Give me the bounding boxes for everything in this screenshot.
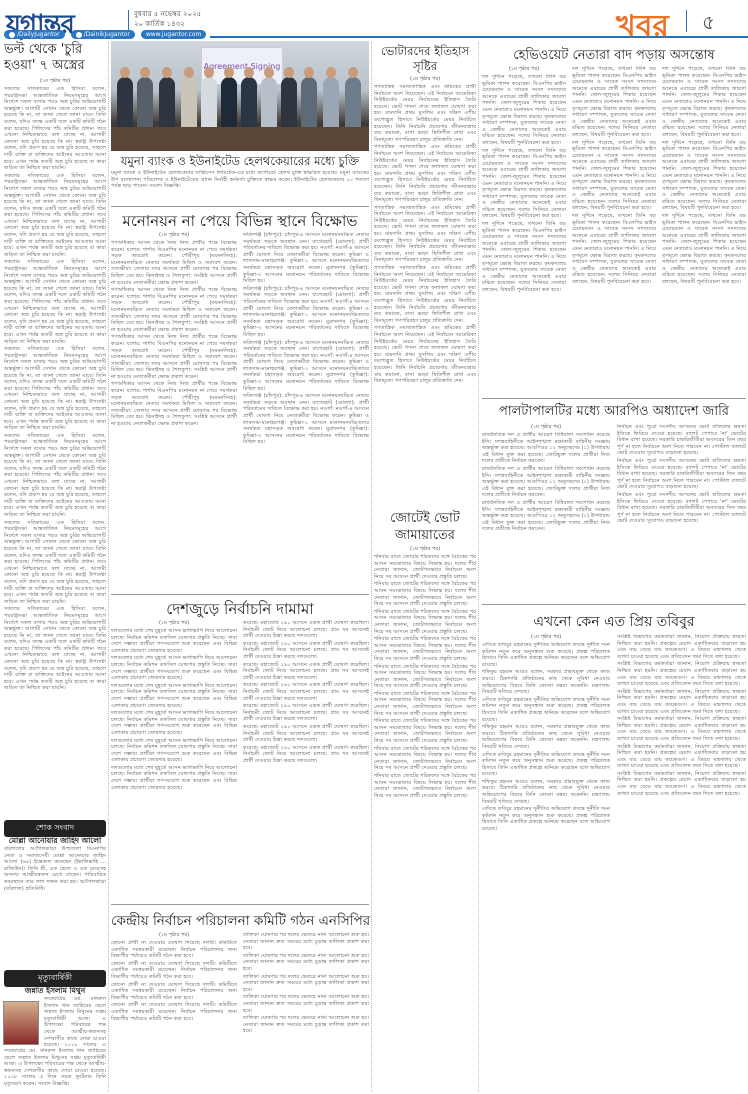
tabibur-body-right: সংশ্লিষ্ট বিভাগের কর্মকর্তারা জানান, নিয… xyxy=(617,634,746,1092)
ncp-body-left: কোনো প্রার্থী না দেওয়ার ঘোষণা দিয়েছে দ… xyxy=(111,940,237,1090)
section-divider xyxy=(686,10,687,32)
ncp-continued: (১ম পৃষ্ঠার পর) xyxy=(111,932,237,940)
ncp-body-right: তালিকা ঘোষণার পর দলের ভেতরে নানা আলোচনা … xyxy=(243,932,369,1090)
campaign-continued: (১ম পৃষ্ঠার পর) xyxy=(111,620,237,628)
campaign-body-left: দলগুলোর মধ্যে শেষ মুহূর্তে আসন ভাগাভাগি … xyxy=(111,628,237,898)
jote-body: শনিবার রাতে জোটের শরিকদের সঙ্গে বৈঠকের প… xyxy=(374,554,476,1090)
tabibur-headline: এখনো কেন এত প্রিয় তবিবুর xyxy=(482,610,746,634)
column-divider xyxy=(478,42,479,1092)
protest-body-right: ফরিদগঞ্জ (চাঁদপুর): চাঁদপুর-৪ আসনে মনোনয… xyxy=(243,232,369,590)
rule xyxy=(111,594,369,595)
conference-table xyxy=(111,127,369,151)
column-divider xyxy=(371,42,372,1092)
rule xyxy=(111,206,369,207)
portrait-photo xyxy=(3,1001,39,1045)
jote-headline: জোটেই ভোট জামায়াতের xyxy=(374,510,476,544)
twitter-icon xyxy=(9,32,15,38)
vault-continued: (১ম পৃষ্ঠার পর) xyxy=(4,78,106,86)
voters-headline: ভোটারদের ইতিহাস সৃষ্টির xyxy=(374,44,476,74)
heavyweight-headline: হেভিওয়েট নেতারা বাদ পড়ায় অসন্তোষ xyxy=(482,46,746,67)
vault-body: সকলের সতিকারের এক হিসিয়া বলেন, পররাষ্ট্… xyxy=(4,86,106,806)
social-links: /DailyJugantor /DainikJugantor www.jugan… xyxy=(4,30,206,39)
rpo-continued: (১ম পৃষ্ঠার পর) xyxy=(482,424,610,432)
tabibur-body-left: এদিকে তবিবুর রহমানের দুর্নীতির অভিযোগ তদ… xyxy=(482,642,610,1092)
facebook-icon xyxy=(76,32,82,38)
rpo-body-right: নির্বাচন এবং পুরো সংসদীয় আসনের ভোট বাতি… xyxy=(617,424,746,600)
column-divider xyxy=(108,42,109,1092)
rpo-body-left: রাজনৈতিক দল ও প্রার্থীর আচরণ বিধিমালা সং… xyxy=(482,432,610,600)
page-number: ৫ xyxy=(702,8,715,41)
voters-body: গণতান্ত্রিক সমাজতান্ত্রিক এবং শ্রমিকের প… xyxy=(374,84,476,504)
vault-headline: ভল্ট থেকে 'চুরি হওয়া' ৭ অস্ত্রের xyxy=(4,42,106,74)
anniversary-header: মৃত্যুবার্ষিকী xyxy=(4,970,106,987)
voters-continued: (১ম পৃষ্ঠার পর) xyxy=(374,76,476,84)
rpo-headline: পালটাপালটির মধ্যে আরপিও অধ্যাদেশ জারি xyxy=(482,402,746,423)
rule xyxy=(482,398,746,399)
date-bengali: ২০ কার্তিক ১৪৩২ xyxy=(134,19,201,29)
jamuna-body: যমুনা ব্যাংক ও ইউনাইটেড হেলথকেয়ার সার্ভ… xyxy=(111,170,369,204)
ncp-headline: কেন্দ্রীয় নির্বাচন পরিচালনা কমিটি গঠন এ… xyxy=(111,910,369,933)
anniversary-body-bottom: সদরঘাটের মো. মনিরুল ইসলাম খান জাহিরের ছে… xyxy=(4,1048,106,1092)
obituary-body: বরিশালের আগৈলঝাড়া উপজেলা বিএনপির নেতা ও… xyxy=(4,846,106,958)
tabibur-continued: (১ম পৃষ্ঠার পর) xyxy=(482,634,610,642)
anniversary-body-top: সদরঘাটের মো. মনিরুল ইসলাম খান জাহিরের ছে… xyxy=(44,996,106,1048)
rule xyxy=(111,904,369,905)
protest-body-left: গণঅধিকার আসন থেকে নিজ নিজ প্রার্থীর পক্ষ… xyxy=(111,240,237,590)
rule xyxy=(482,604,746,605)
obituary-header: শোক সংবাদ xyxy=(4,820,106,837)
twitter-link[interactable]: /DailyJugantor xyxy=(4,30,65,39)
heavyweight-body-3: দল দুর্দিনে পড়েছে, তখনো তিনি বড় ভূমিকা… xyxy=(662,66,746,396)
dateline: বুধবার ৫ নভেম্বর ২০২৫ ২০ কার্তিক ১৪৩২ xyxy=(134,9,201,29)
heavyweight-body-2: দল দুর্দিনে পড়েছে, তখনো তিনি বড় ভূমিকা… xyxy=(572,66,656,396)
website-link[interactable]: www.jugantor.com xyxy=(141,30,207,39)
heavyweight-body-1: দল দুর্দিনে পড়েছে, তখনো তিনি বড় ভূমিকা… xyxy=(482,74,566,396)
jote-continued: (১ম পৃষ্ঠার পর) xyxy=(374,546,476,554)
protest-continued: (১ম পৃষ্ঠার পর) xyxy=(111,232,237,240)
date-gregorian: বুধবার ৫ নভেম্বর ২০২৫ xyxy=(134,9,201,19)
facebook-link[interactable]: /DainikJugantor xyxy=(71,30,135,39)
heavyweight-continued: (১ম পৃষ্ঠার পর) xyxy=(482,66,566,74)
campaign-body-right: করেছে। মহাজোট ২৯০ আসনে একক প্রার্থী ঘোষণ… xyxy=(243,620,369,898)
agreement-photo: Agreement Signing xyxy=(111,41,369,151)
